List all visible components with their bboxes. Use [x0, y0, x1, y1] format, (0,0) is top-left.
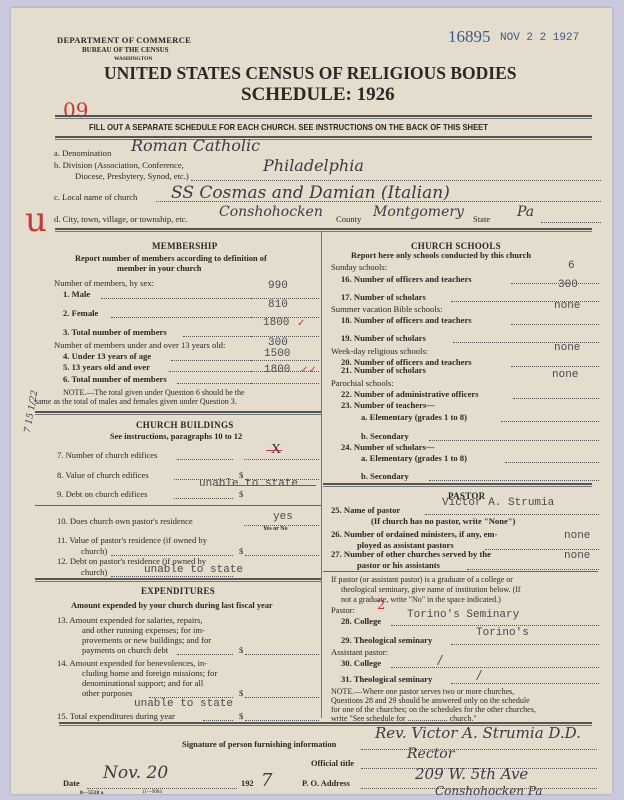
q17-value[interactable]: 300 [558, 279, 578, 291]
q10-value[interactable]: yes [273, 511, 293, 523]
q7-label: 7. Number of church edifices [57, 450, 157, 460]
q27-label-1: 27. Number of other churches served by t… [331, 549, 491, 559]
q16-value[interactable]: 6 [568, 260, 575, 272]
q16-label: 16. Number of officers and teachers [341, 274, 472, 284]
q13-line-4: payments on church debt [82, 645, 168, 655]
divider [55, 228, 592, 232]
q14-line-4: other purposes [82, 688, 132, 698]
q26-label-1: 26. Number of ordained ministers, if any… [331, 529, 497, 539]
weekday-label: Week-day religious schools: [331, 346, 428, 356]
assistant-pastor-label: Assistant pastor: [331, 647, 388, 657]
sunday-label: Sunday schools: [331, 262, 387, 272]
instruction-banner: FILL OUT A SEPARATE SCHEDULE FOR EACH CH… [89, 122, 488, 132]
po-address-value-1[interactable]: 209 W. 5th Ave [415, 765, 528, 783]
local-name-label: c. Local name of church [54, 192, 137, 202]
parochial-value[interactable]: none [552, 369, 578, 381]
q5-label: 5. 13 years old and over [63, 362, 150, 372]
q18-value[interactable]: none [554, 300, 580, 312]
q13-line-3: provements or new buildings; and for [82, 635, 211, 645]
signature-value[interactable]: Rev. Victor A. Strumia D.D. [375, 724, 581, 742]
form-title: UNITED STATES CENSUS OF RELIGIOUS BODIES [104, 63, 517, 84]
q4-label: 4. Under 13 years of age [63, 351, 151, 361]
q1-label: 1. Male [63, 289, 90, 299]
q10-label: 10. Does church own pastor's residence [57, 516, 193, 526]
membership-intro-1: Report number of members according to de… [75, 254, 267, 263]
q21-label: 21. Number of scholars [341, 365, 426, 375]
official-title-label: Official title [311, 759, 354, 768]
year-value[interactable]: 7 [261, 770, 272, 791]
q1-male-value[interactable]: 990 [268, 280, 288, 292]
q26-value[interactable]: none [564, 530, 590, 542]
county-label: County [336, 214, 361, 224]
q30-value[interactable]: / [438, 653, 442, 667]
q6-label: 6. Total number of members [63, 374, 167, 384]
schools-title: CHURCH SCHOOLS [411, 241, 501, 251]
q25-value[interactable]: Victor A. Strumia [442, 497, 554, 509]
division-label-1: b. Division (Association, Conference, [54, 160, 184, 170]
q24a-label: a. Elementary (grades 1 to 8) [361, 453, 467, 463]
red-strike [266, 450, 282, 451]
expenditures-title: EXPENDITURES [141, 586, 215, 596]
denomination-label: a. Denomination [54, 148, 111, 158]
washington-line: WASHINGTON [114, 56, 152, 62]
department-line: DEPARTMENT OF COMMERCE [57, 35, 191, 45]
county-value[interactable]: Montgomery [373, 204, 464, 220]
city-value[interactable]: Conshohocken [219, 204, 323, 220]
q17-label: 17. Number of scholars [341, 292, 426, 302]
by-age-label: Number of members under and over 13 year… [54, 340, 225, 350]
q24b-label: b. Secondary [361, 471, 409, 481]
division-label-2: Diocese, Presbytery, Synod, etc.) [75, 171, 189, 181]
pastor-note-1: NOTE.—Where one pastor serves two or mor… [331, 687, 514, 696]
form-code: 8—5518 a [80, 790, 103, 796]
year-prefix: 192 [241, 779, 254, 788]
graduate-note-3: not a graduate, write "No" in the space … [341, 595, 501, 604]
q11-label-1: 11. Value of pastor's residence (if owne… [57, 535, 207, 545]
q13-line-1: 13. Amount expended for salaries, repair… [57, 615, 203, 625]
red-mark-2: 2 [377, 598, 385, 613]
bureau-line: BUREAU OF THE CENSUS [82, 46, 169, 54]
q12-label-2: church) [81, 567, 107, 577]
divider [55, 115, 592, 119]
q31-label: 31. Theological seminary [341, 674, 432, 684]
q9-label: 9. Debt on church edifices [57, 489, 147, 499]
stamp-number: 16895 [448, 27, 491, 47]
q31-value[interactable]: / [477, 668, 481, 682]
expenditures-sub: Amount expended by your church during la… [71, 601, 273, 610]
q28-label: 28. College [341, 616, 381, 626]
q25-label: 25. Name of pastor [331, 505, 400, 515]
q2-female-value[interactable]: 810 [268, 299, 288, 311]
date-label: Date [63, 779, 80, 788]
q23-label: 23. Number of teachers— [341, 400, 435, 410]
q20-value[interactable]: none [554, 342, 580, 354]
q13-line-2: and other running expenses; for im- [82, 625, 205, 635]
membership-note-2: same as the total of males and females g… [35, 397, 237, 406]
q15-label: 15. Total expenditures during year [57, 711, 175, 721]
graduate-note-2: theological seminary, give name of insti… [341, 585, 521, 594]
pastor-note-3: for one of the churches; on the schedule… [331, 705, 536, 714]
official-title-value[interactable]: Rector [407, 746, 454, 762]
q14-line-1: 14. Amount expended for benevolences, in… [57, 658, 207, 668]
q12-value[interactable]: unable to state [144, 564, 243, 576]
red-check-icon: ✓✓ [300, 365, 317, 376]
q29-value[interactable]: Torino's [476, 627, 529, 639]
pastor-sub-label: Pastor: [331, 605, 355, 615]
red-strike [216, 485, 316, 486]
q15-value[interactable]: unable to state [134, 698, 233, 710]
red-check-icon: ✓ [297, 318, 305, 329]
margin-red-mark: u [25, 200, 47, 240]
column-divider [321, 232, 322, 718]
q2-label: 2. Female [63, 308, 98, 318]
divider [323, 483, 592, 487]
q27-value[interactable]: none [564, 550, 590, 562]
q28-value[interactable]: Torino's Seminary [407, 609, 519, 621]
division-value[interactable]: Philadelphia [263, 156, 364, 175]
q30-label: 30. College [341, 658, 381, 668]
q14-line-3: denominational support; and for all [82, 678, 203, 688]
by-sex-label: Number of members, by sex: [54, 278, 154, 288]
q8-label: 8. Value of church edifices [57, 470, 149, 480]
q18-label: 18. Number of officers and teachers [341, 315, 472, 325]
city-label: d. City, town, village, or township, etc… [54, 214, 188, 224]
q19-label: 19. Number of scholars [341, 333, 426, 343]
graduate-note-1: If pastor (or assistant pastor) is a gra… [331, 575, 513, 584]
form-subtitle: SCHEDULE: 1926 [241, 84, 395, 106]
po-address-value-2[interactable]: Conshohocken Pa [435, 784, 543, 798]
state-label: State [473, 214, 490, 224]
parochial-label: Parochial schools: [331, 378, 394, 388]
q14-line-2: cluding home and foreign missions; for [82, 668, 217, 678]
q10-hint: Yes or No [263, 526, 288, 532]
q23b-label: b. Secondary [361, 431, 409, 441]
state-value[interactable]: Pa [517, 204, 534, 220]
denomination-value[interactable]: Roman Catholic [131, 136, 260, 155]
divider [35, 578, 321, 582]
q23a-label: a. Elementary (grades 1 to 8) [361, 412, 467, 422]
q11-label-2: church) [81, 546, 107, 556]
schools-sub: Report here only schools conducted by th… [351, 251, 531, 260]
date-value[interactable]: Nov. 20 [103, 763, 168, 783]
divider [35, 411, 321, 415]
census-schedule-page: DEPARTMENT OF COMMERCE BUREAU OF THE CEN… [11, 8, 612, 794]
pastor-note-2: Questions 28 and 29 should be answered o… [331, 696, 530, 705]
po-address-label: P. O. Address [302, 779, 350, 788]
divider [323, 571, 598, 572]
signature-label: Signature of person furnishing informati… [182, 740, 336, 749]
q25-hint: (If church has no pastor, write "None") [371, 516, 515, 526]
summer-label: Summer vacation Bible schools: [331, 304, 442, 314]
q22-label: 22. Number of administrative officers [341, 389, 479, 399]
q29-label: 29. Theological seminary [341, 635, 432, 645]
membership-note-1: NOTE.—The total given under Question 6 s… [63, 388, 245, 397]
buildings-sub: See instructions, paragraphs 10 to 12 [110, 432, 242, 441]
buildings-title: CHURCH BUILDINGS [136, 420, 234, 430]
membership-title: MEMBERSHIP [152, 241, 218, 251]
q6-value[interactable]: 1800 [264, 364, 290, 376]
q9-value[interactable]: unable to state [199, 478, 298, 490]
q3-label: 3. Total number of members [63, 327, 167, 337]
q27-label-2: pastor or his assistants [357, 560, 440, 570]
q3-total-value[interactable]: 1800 [263, 317, 289, 329]
divider [35, 505, 321, 506]
local-name-value[interactable]: SS Cosmas and Damian (Italian) [171, 183, 450, 203]
print-code: 11—9084 [142, 790, 162, 795]
q5-value[interactable]: 1500 [264, 348, 290, 360]
stamp-date: NOV 2 2 1927 [500, 32, 579, 44]
membership-intro-2: member in your church [117, 264, 201, 273]
q24-label: 24. Number of scholars— [341, 442, 434, 452]
